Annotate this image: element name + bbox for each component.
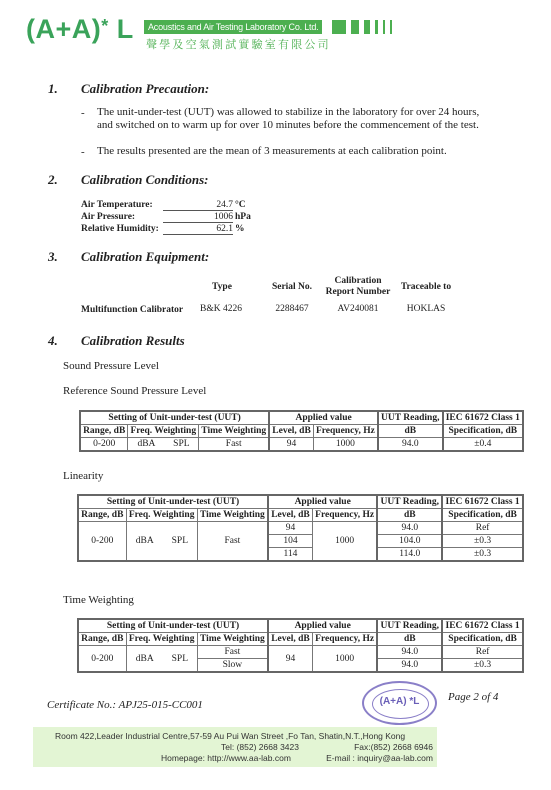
header-applied: Applied value bbox=[268, 495, 377, 509]
subtitle-time-weighting: Time Weighting bbox=[63, 594, 134, 606]
cell-level: 94 bbox=[268, 646, 312, 673]
condition-label: Relative Humidity: bbox=[81, 224, 159, 234]
header-setting: Setting of Unit-under-test (UUT) bbox=[80, 411, 269, 425]
cell-spec: Ref bbox=[442, 646, 523, 659]
cell-reading: 94.0 bbox=[377, 659, 442, 673]
header-frequency: Frequency, Hz bbox=[312, 633, 377, 646]
cell-level: 104 bbox=[268, 535, 312, 548]
header-setting: Setting of Unit-under-test (UUT) bbox=[78, 619, 268, 633]
header-serial: Serial No. bbox=[262, 282, 322, 293]
cell-fw1: dBA bbox=[128, 438, 165, 452]
section-title-precaution: Calibration Precaution: bbox=[81, 81, 209, 97]
cell-freq: 1000 bbox=[312, 646, 377, 673]
condition-unit: % bbox=[235, 224, 245, 234]
table-row: 0-200 dBA SPL Fast 94 1000 94.0 Ref bbox=[78, 646, 523, 659]
cell-tw: Fast bbox=[197, 522, 268, 562]
header-applied: Applied value bbox=[268, 619, 377, 633]
bullet-dash: - bbox=[81, 146, 85, 158]
condition-value: 24.7 bbox=[163, 200, 233, 211]
cell-reading: 94.0 bbox=[377, 646, 442, 659]
header-freq-weighting: Freq. Weighting bbox=[128, 425, 199, 438]
cell-spec: Ref bbox=[442, 522, 523, 535]
header-applied: Applied value bbox=[269, 411, 378, 425]
bullet-dash: - bbox=[81, 107, 85, 119]
header-uut-unit: dB bbox=[377, 633, 442, 646]
equipment-traceable: HOKLAS bbox=[396, 304, 456, 314]
cell-fw2: SPL bbox=[163, 646, 197, 673]
stamp-text: (A+A) *L bbox=[364, 696, 435, 707]
header-freq-weighting: Freq. Weighting bbox=[126, 509, 197, 522]
header-frequency: Frequency, Hz bbox=[313, 425, 378, 438]
precaution-text-1: The unit-under-test (UUT) was allowed to… bbox=[97, 106, 479, 132]
linearity-table: Setting of Unit-under-test (UUT) Applied… bbox=[77, 494, 524, 562]
condition-label: Air Pressure: bbox=[81, 212, 135, 222]
header-uut-unit: dB bbox=[378, 425, 443, 438]
equipment-type: B&K 4226 bbox=[196, 304, 246, 314]
table-row: 0-200 dBA SPL Fast 94 1000 94.0 Ref bbox=[78, 522, 523, 535]
logo-star: * bbox=[101, 16, 109, 36]
header-traceable: Traceable to bbox=[396, 282, 456, 293]
footer-tel: Tel: (852) 2668 3423 bbox=[221, 742, 299, 752]
company-name-english: Acoustics and Air Testing Laboratory Co.… bbox=[144, 20, 322, 34]
header-frequency: Frequency, Hz bbox=[312, 509, 377, 522]
header-spec: Specification, dB bbox=[442, 633, 523, 646]
section-title-equipment: Calibration Equipment: bbox=[81, 249, 209, 265]
header-report: Calibration Report Number bbox=[323, 276, 393, 298]
header-time-weighting: Time Weighting bbox=[199, 425, 270, 438]
condition-label: Air Temperature: bbox=[81, 200, 153, 210]
cell-level: 94 bbox=[269, 438, 313, 452]
company-logo: (A+A)* L bbox=[26, 14, 134, 45]
section-title-conditions: Calibration Conditions: bbox=[81, 172, 209, 188]
header-uut-unit: dB bbox=[377, 509, 442, 522]
header-level: Level, dB bbox=[269, 425, 313, 438]
cell-reading: 114.0 bbox=[377, 548, 442, 562]
header-setting: Setting of Unit-under-test (UUT) bbox=[78, 495, 268, 509]
footer-email[interactable]: E-mail : inquiry@aa-lab.com bbox=[326, 753, 433, 763]
reference-spl-table: Setting of Unit-under-test (UUT) Applied… bbox=[79, 410, 524, 452]
cell-freq: 1000 bbox=[313, 438, 378, 452]
header-uut-reading: UUT Reading, bbox=[377, 619, 442, 633]
header-type: Type bbox=[200, 282, 244, 293]
cell-level: 114 bbox=[268, 548, 312, 562]
condition-value: 62.1 bbox=[163, 224, 233, 235]
header-level: Level, dB bbox=[268, 509, 312, 522]
footer-address: Room 422,Leader Industrial Centre,57-59 … bbox=[55, 731, 405, 741]
lab-stamp: (A+A) *L bbox=[362, 681, 437, 725]
cell-range: 0-200 bbox=[80, 438, 128, 452]
precaution-text-2: The results presented are the mean of 3 … bbox=[97, 145, 447, 158]
header-freq-weighting: Freq. Weighting bbox=[126, 633, 197, 646]
header-line: Calibration bbox=[323, 276, 393, 287]
text-line: and switched on to warm up for over 10 m… bbox=[97, 119, 479, 132]
section-title-results: Calibration Results bbox=[81, 333, 185, 349]
cell-freq: 1000 bbox=[312, 522, 377, 562]
header-uut-reading: UUT Reading, bbox=[377, 495, 442, 509]
cell-reading: 104.0 bbox=[377, 535, 442, 548]
logo-l: L bbox=[117, 14, 134, 44]
cell-fw2: SPL bbox=[163, 522, 197, 562]
cell-level: 94 bbox=[268, 522, 312, 535]
header-iec: IEC 61672 Class 1 bbox=[442, 495, 523, 509]
cell-range: 0-200 bbox=[78, 522, 126, 562]
equipment-report: AV240081 bbox=[323, 304, 393, 314]
cell-range: 0-200 bbox=[78, 646, 126, 673]
header-line: Report Number bbox=[323, 287, 393, 298]
header-level: Level, dB bbox=[268, 633, 312, 646]
cell-fw2: SPL bbox=[165, 438, 199, 452]
header-iec: IEC 61672 Class 1 bbox=[442, 619, 523, 633]
cell-tw: Fast bbox=[197, 646, 268, 659]
equipment-name: Multifunction Calibrator bbox=[81, 305, 183, 315]
cell-reading: 94.0 bbox=[377, 522, 442, 535]
footer-fax: Fax:(852) 2668 6946 bbox=[354, 742, 433, 752]
section-number: 4. bbox=[48, 333, 58, 349]
cell-tw: Slow bbox=[197, 659, 268, 673]
header-range: Range, dB bbox=[78, 633, 126, 646]
footer-contact-bar: Room 422,Leader Industrial Centre,57-59 … bbox=[33, 727, 437, 767]
subtitle-reference: Reference Sound Pressure Level bbox=[63, 385, 206, 397]
cell-fw1: dBA bbox=[126, 522, 163, 562]
header-spec: Specification, dB bbox=[443, 425, 523, 438]
condition-unit: °C bbox=[235, 200, 246, 210]
cell-tw: Fast bbox=[199, 438, 270, 452]
condition-unit: hPa bbox=[235, 212, 251, 222]
subtitle-spl: Sound Pressure Level bbox=[63, 360, 159, 372]
header-range: Range, dB bbox=[78, 509, 126, 522]
condition-value: 1006 bbox=[163, 212, 233, 223]
equipment-serial: 2288467 bbox=[262, 304, 322, 314]
footer-homepage[interactable]: Homepage: http://www.aa-lab.com bbox=[161, 753, 291, 763]
cell-spec: ±0.3 bbox=[442, 548, 523, 562]
section-number: 3. bbox=[48, 249, 58, 265]
header-time-weighting: Time Weighting bbox=[197, 509, 268, 522]
header-time-weighting: Time Weighting bbox=[197, 633, 268, 646]
company-name-chinese: 聲學及空氣測試實驗室有限公司 bbox=[146, 36, 331, 52]
certificate-number: Certificate No.: APJ25-015-CC001 bbox=[47, 699, 203, 711]
cell-reading: 94.0 bbox=[378, 438, 443, 452]
cell-spec: ±0.3 bbox=[442, 659, 523, 673]
page-number: Page 2 of 4 bbox=[448, 691, 498, 703]
cell-spec: ±0.3 bbox=[442, 535, 523, 548]
header-spec: Specification, dB bbox=[442, 509, 523, 522]
time-weighting-table: Setting of Unit-under-test (UUT) Applied… bbox=[77, 618, 524, 673]
subtitle-linearity: Linearity bbox=[63, 470, 103, 482]
section-number: 1. bbox=[48, 81, 58, 97]
header-iec: IEC 61672 Class 1 bbox=[443, 411, 523, 425]
decorative-bars bbox=[332, 20, 392, 34]
cell-spec: ±0.4 bbox=[443, 438, 523, 452]
section-number: 2. bbox=[48, 172, 58, 188]
cell-fw1: dBA bbox=[126, 646, 163, 673]
header-range: Range, dB bbox=[80, 425, 128, 438]
header-uut-reading: UUT Reading, bbox=[378, 411, 443, 425]
table-row: 0-200 dBA SPL Fast 94 1000 94.0 ±0.4 bbox=[80, 438, 523, 452]
logo-text: (A+A) bbox=[26, 14, 101, 44]
text-line: The unit-under-test (UUT) was allowed to… bbox=[97, 106, 479, 119]
